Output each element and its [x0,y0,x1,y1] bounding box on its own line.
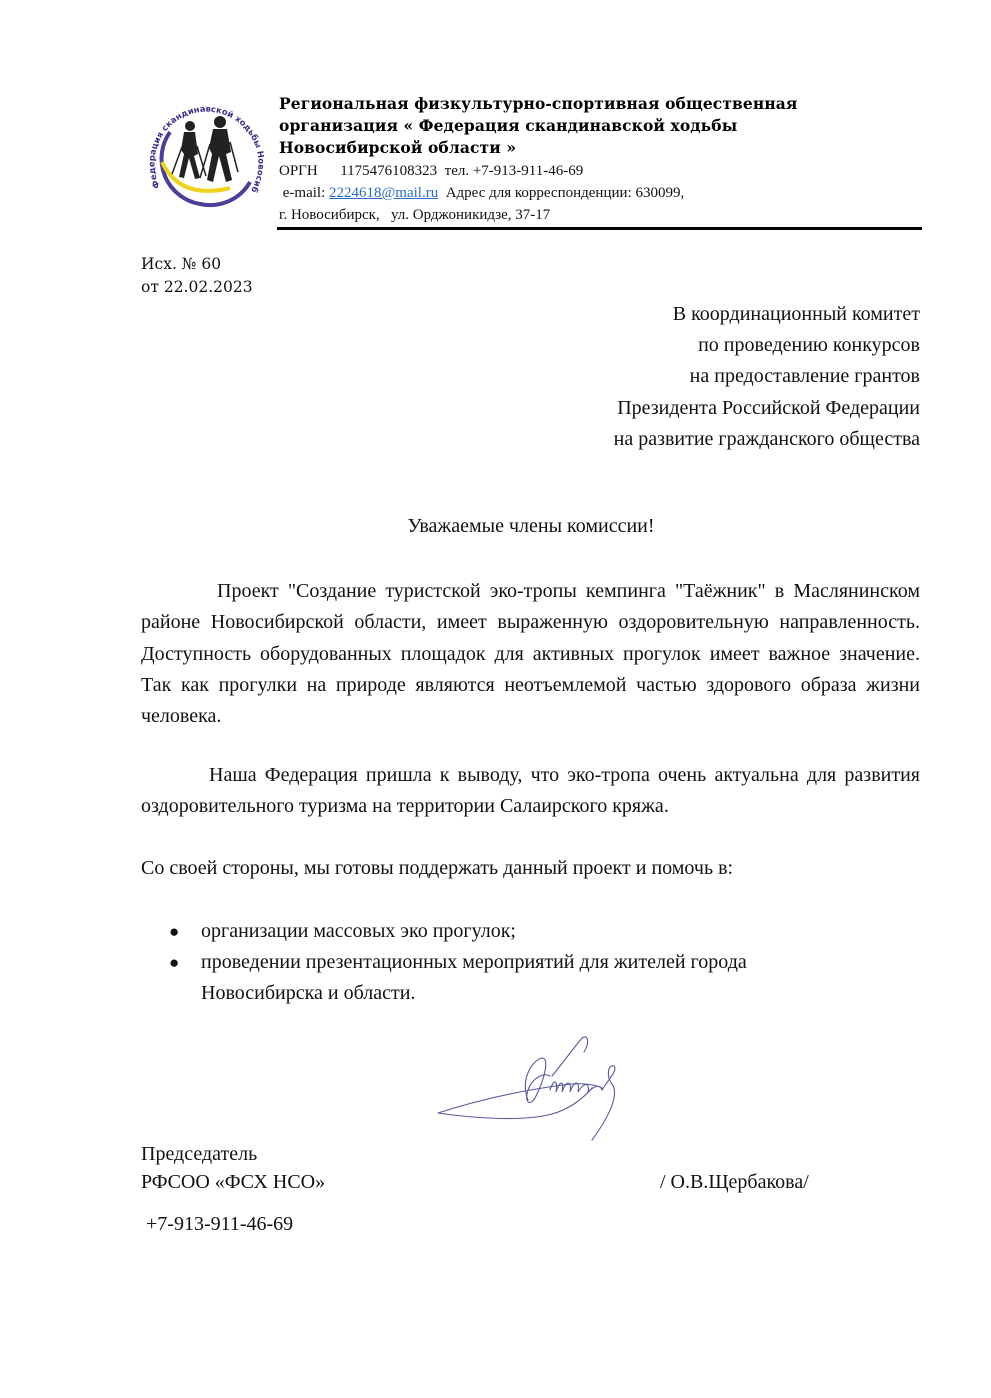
body-paragraph-3: Со своей стороны, мы готовы поддержать д… [141,853,920,884]
phone-label: тел. [445,163,469,179]
addressee-block: В координационный комитет по проведению … [614,299,920,455]
org-registration-line: ОРГН 1175476108323 тел. +7-913-911-46-69 [279,160,583,182]
org-phone: +7-913-911-46-69 [473,163,583,179]
list-item-text: проведении презентационных мероприятий д… [201,947,841,1009]
letterhead-divider [277,227,922,230]
signatory-organization: РФСОО «ФСХ НСО» [141,1167,325,1197]
logo-emblem-icon: Федерация скандинавской ходьбы Новосибир… [140,92,274,218]
address-label: Адрес для корреспонденции: [446,185,632,201]
email-label: e-mail: [283,185,325,201]
org-email-line: e-mail: 2224618@mail.ru Адрес для коррес… [279,182,684,204]
outgoing-date: от 22.02.2023 [141,276,253,299]
body-paragraph-1: Проект "Создание туристской эко-тропы ке… [141,576,920,732]
bullet-icon: ● [141,916,201,947]
addressee-line: на развитие гражданского общества [614,424,920,455]
addressee-line: Президента Российской Федерации [614,393,920,424]
paragraph-text: Наша Федерация пришла к выводу, что эко-… [141,764,920,817]
svg-text:Федерация скандинавской ходьбы: Федерация скандинавской ходьбы Новосибир… [140,92,267,195]
organization-name: Региональная физкультурно-спортивная общ… [279,93,797,159]
street: ул. Орджоникидзе, 37-17 [391,207,550,223]
ogrn-label: ОРГН [279,163,318,179]
list-item: ● проведении презентационных мероприятий… [141,947,920,1009]
paragraph-text: Проект "Создание туристской эко-тропы ке… [141,580,920,727]
list-item-text: организации массовых эко прогулок; [201,916,516,947]
list-item: ● организации массовых эко прогулок; [141,916,920,947]
outgoing-number: Исх. № 60 [141,253,221,276]
org-name-line: Новосибирской области » [279,137,797,159]
city: г. Новосибирск, [279,207,380,223]
signature-icon [432,1030,672,1158]
postcode: 630099, [635,185,684,201]
org-name-line: Региональная физкультурно-спортивная общ… [279,93,797,115]
support-list: ● организации массовых эко прогулок; ● п… [141,916,920,1009]
signatory-name: / О.В.Щербакова/ [660,1167,809,1197]
email-link[interactable]: 2224618@mail.ru [329,185,438,201]
addressee-line: по проведению конкурсов [614,330,920,361]
signatory-phone: +7-913-911-46-69 [146,1209,293,1239]
addressee-line: на предоставление грантов [614,361,920,392]
body-paragraph-2: Наша Федерация пришла к выводу, что эко-… [141,760,920,823]
signatory-title: Председатель [141,1139,257,1169]
org-address-line: г. Новосибирск, ул. Орджоникидзе, 37-17 [279,204,550,226]
org-name-line: организация « Федерация скандинавской хо… [279,115,797,137]
federation-logo: Федерация скандинавской ходьбы Новосибир… [140,92,274,218]
salutation: Уважаемые члены комиссии! [0,515,991,538]
addressee-line: В координационный комитет [614,299,920,330]
handwritten-signature [432,1030,672,1158]
ogrn-value: 1175476108323 [340,163,437,179]
bullet-icon: ● [141,947,201,1009]
